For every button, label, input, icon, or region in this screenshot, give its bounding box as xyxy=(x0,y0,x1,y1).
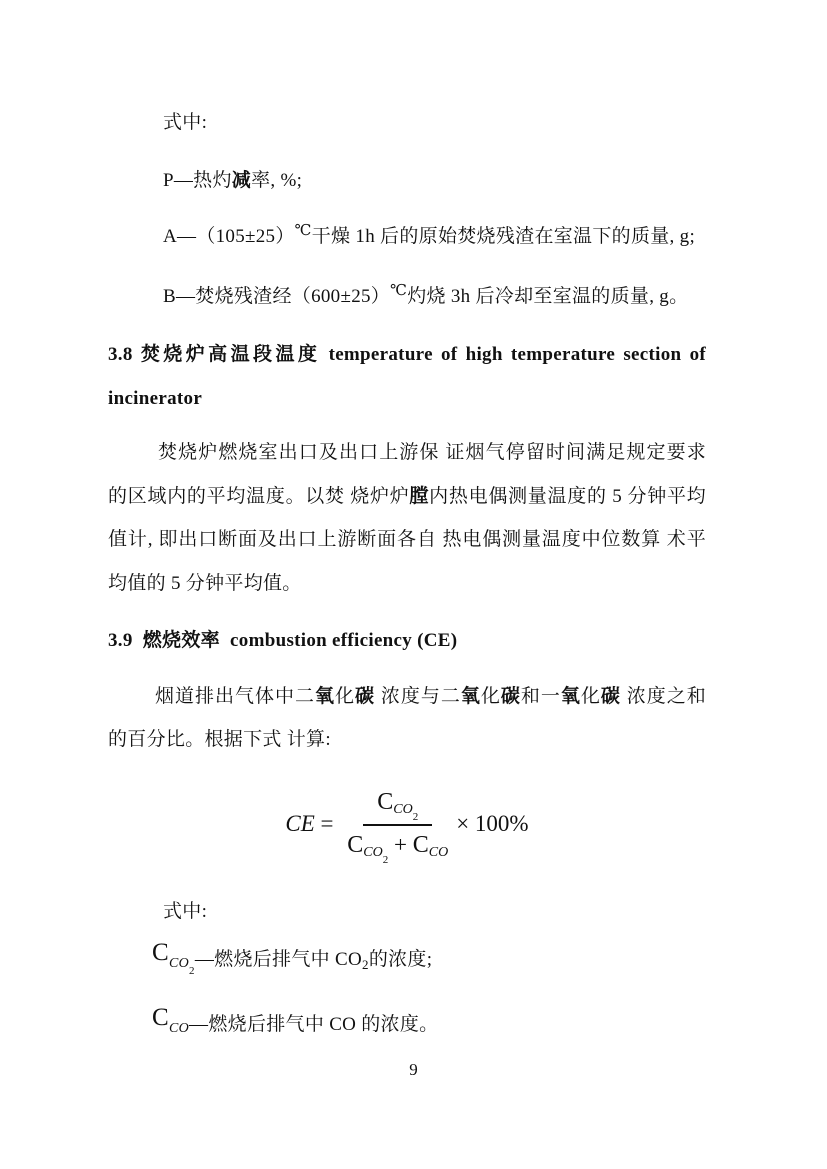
text-segment: ℃ xyxy=(390,283,407,299)
text-segment: 碳 xyxy=(601,686,621,707)
text-segment: incinerator xyxy=(108,388,202,409)
text-segment: 式中: xyxy=(163,901,207,922)
text-segment: CO xyxy=(169,1021,189,1036)
eq-p-intro-label: 式中: xyxy=(108,101,706,145)
formula-numerator: CCO2 xyxy=(363,788,432,826)
text-segment: 2 xyxy=(413,811,419,823)
text-segment: 化 xyxy=(481,686,501,707)
text-segment: × 100% xyxy=(456,811,528,836)
text-segment: 浓度与二 xyxy=(375,686,461,707)
text-segment: 氧 xyxy=(315,686,335,707)
formula-rhs: × 100% xyxy=(456,810,528,838)
text-segment: + xyxy=(388,832,412,857)
text-segment: 3.9 燃烧效率 combustion efficiency (CE) xyxy=(108,630,457,651)
text-segment: CO xyxy=(169,956,189,971)
text-segment: 的区域内的平均温度。以焚 烧炉炉 xyxy=(108,486,409,507)
text-segment: 氧 xyxy=(461,686,481,707)
text-segment: 焚烧炉燃烧室出口及出口上游保 证烟气停留时间满足规定要求 xyxy=(158,442,706,463)
text-segment: C xyxy=(152,1004,169,1031)
text-segment: = xyxy=(315,811,339,836)
def-line-C-CO2: CCO2—燃烧后排气中 CO2的浓度; xyxy=(108,938,706,982)
text-segment: —燃烧后排气中 CO xyxy=(195,949,362,970)
text-segment: 氧 xyxy=(561,686,581,707)
def-line-A: A—（105±25）℃干燥 1h 后的原始焚烧残渣在室温下的质量, g; xyxy=(108,215,706,259)
formula-lhs: CE = xyxy=(285,810,339,838)
heading-3-8-line1: 3.8 焚烧炉高温段温度 temperature of high tempera… xyxy=(108,333,706,377)
text-segment: ℃ xyxy=(295,223,312,239)
text-segment: CO xyxy=(363,845,382,860)
text-segment: 碳 xyxy=(501,686,521,707)
text-segment: 的浓度; xyxy=(369,949,432,970)
para-3-9-line2: 的百分比。根据下式 计算: xyxy=(108,718,706,762)
def-line-B: B—焚烧残渣经（600±25）℃灼烧 3h 后冷却至室温的质量, g。 xyxy=(108,275,706,319)
text-segment: 和一 xyxy=(521,686,561,707)
text-segment: 式中: xyxy=(163,112,207,133)
text-segment: CO xyxy=(429,845,448,860)
para-3-8-line3: 值计, 即出口断面及出口上游断面各自 热电偶测量温度中位数算 术平 xyxy=(108,518,706,562)
text-segment: B—焚烧残渣经（600±25） xyxy=(163,286,390,307)
eq-ce-intro-label: 式中: xyxy=(108,890,706,934)
text-segment: 率, %; xyxy=(251,170,302,191)
formula-combustion-efficiency: CE = CCO2CCO2 + CCO× 100% xyxy=(108,782,706,864)
heading-3-8-line2: incinerator xyxy=(108,377,706,421)
document-content: 式中:P—热灼减率, %;A—（105±25）℃干燥 1h 后的原始焚烧残渣在室… xyxy=(108,101,706,1046)
document-page: 式中:P—热灼减率, %;A—（105±25）℃干燥 1h 后的原始焚烧残渣在室… xyxy=(0,0,827,1169)
page-number: 9 xyxy=(409,1060,418,1079)
def-line-C-CO: CCO—燃烧后排气中 CO 的浓度。 xyxy=(108,1003,706,1047)
text-segment: A—（105±25） xyxy=(163,226,295,247)
text-segment: C xyxy=(152,939,169,966)
text-segment: 3.8 焚烧炉高温段温度 temperature of high tempera… xyxy=(108,344,706,365)
text-segment: 减 xyxy=(232,170,251,191)
text-segment: 2 xyxy=(362,957,369,972)
text-segment: 化 xyxy=(335,686,355,707)
formula-denominator: CCO2 + CCO xyxy=(347,826,448,860)
text-segment: 内热电偶测量温度的 5 分钟平均 xyxy=(429,486,706,507)
para-3-8-line1: 焚烧炉燃烧室出口及出口上游保 证烟气停留时间满足规定要求 xyxy=(108,431,706,475)
text-segment: P—热灼 xyxy=(163,170,232,191)
text-segment: C xyxy=(413,832,429,858)
text-segment: 灼烧 3h 后冷却至室温的质量, g。 xyxy=(407,286,688,307)
text-segment: 烟道排出气体中二 xyxy=(155,686,315,707)
para-3-9-line1: 烟道排出气体中二氧化碳 浓度与二氧化碳和一氧化碳 浓度之和 xyxy=(108,675,706,719)
formula-fraction: CCO2CCO2 + CCO xyxy=(347,788,448,860)
text-segment: 膛 xyxy=(409,486,429,507)
text-segment: —燃烧后排气中 CO 的浓度。 xyxy=(189,1014,438,1035)
heading-3-9: 3.9 燃烧效率 combustion efficiency (CE) xyxy=(108,619,706,663)
text-segment: CO xyxy=(393,802,412,817)
text-segment: 均值的 5 分钟平均值。 xyxy=(108,573,302,594)
text-segment: 的百分比。根据下式 计算: xyxy=(108,729,331,750)
text-segment: 值计, 即出口断面及出口上游断面各自 热电偶测量温度中位数算 术平 xyxy=(108,529,706,550)
page-footer: 9 xyxy=(0,1060,827,1080)
text-segment: C xyxy=(377,789,393,815)
text-segment: C xyxy=(347,832,363,858)
text-segment: 浓度之和 xyxy=(621,686,706,707)
text-segment: 化 xyxy=(581,686,601,707)
para-3-8-line2: 的区域内的平均温度。以焚 烧炉炉膛内热电偶测量温度的 5 分钟平均 xyxy=(108,475,706,519)
para-3-8-line4: 均值的 5 分钟平均值。 xyxy=(108,562,706,606)
text-segment: 碳 xyxy=(355,686,375,707)
text-segment: 干燥 1h 后的原始焚烧残渣在室温下的质量, g; xyxy=(312,226,695,247)
def-line-P: P—热灼减率, %; xyxy=(108,159,706,203)
text-segment: CE xyxy=(285,811,314,836)
